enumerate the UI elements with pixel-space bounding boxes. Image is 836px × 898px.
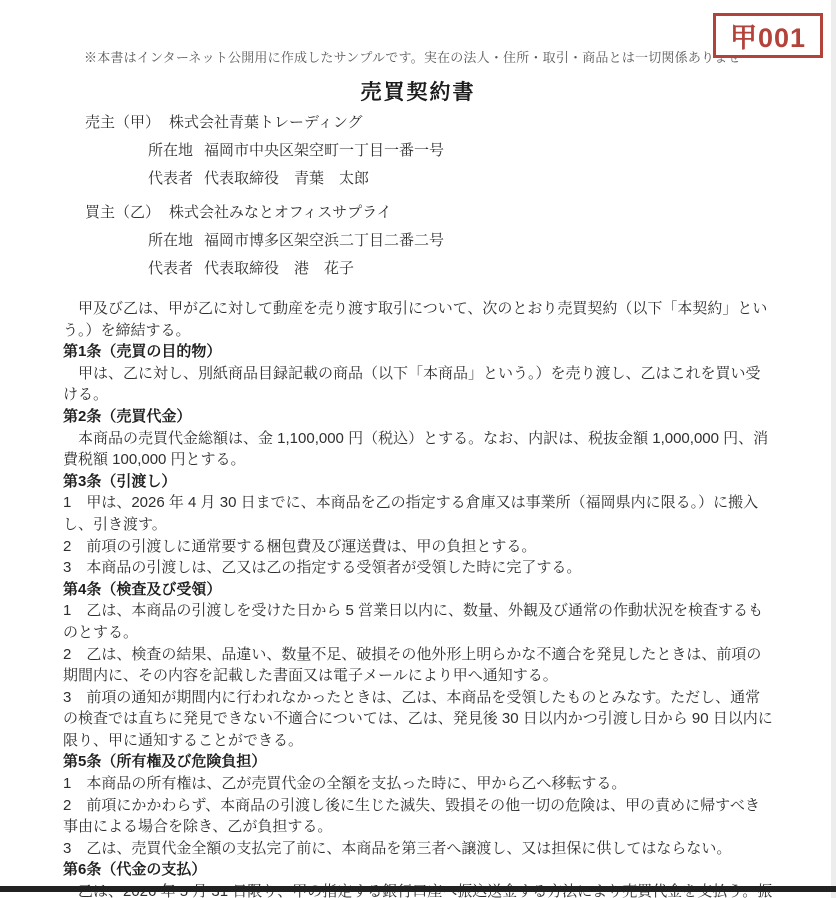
viewport-bottom-edge [0, 886, 836, 892]
contract-line: の検査では直ちに発見できない不適合については、乙は、発見後 30 日以内かつ引渡… [63, 708, 823, 730]
buyer-representative-value: 代表取締役 港 花子 [204, 260, 354, 277]
buyer-address-value: 福岡市博多区架空浜二丁目二番二号 [204, 232, 444, 249]
contract-line: 事由による場合を除き、乙が負担する。 [63, 816, 823, 838]
buyer-address-line: 所在地福岡市博多区架空浜二丁目二番二号 [85, 227, 444, 255]
buyer-company-name: 株式会社みなとオフィスサプライ [169, 204, 392, 221]
seller-role-line: 売主（甲）株式会社青葉トレーディング [85, 109, 444, 137]
seller-representative-line: 代表者代表取締役 青葉 太郎 [85, 165, 444, 193]
contract-line: 限り、甲に通知することができる。 [63, 730, 823, 752]
seller-address-value: 福岡市中央区架空町一丁目一番一号 [204, 142, 444, 159]
seller-company-name: 株式会社青葉トレーディング [169, 114, 363, 131]
exhibit-stamp-label: 甲001 [730, 16, 806, 55]
contract-line: 3 本商品の引渡しは、乙又は乙の指定する受領者が受領した時に完了する。 [63, 557, 823, 579]
article-heading: 第5条（所有権及び危険負担） [63, 751, 823, 773]
contract-line: 2 乙は、検査の結果、品違い、数量不足、破損その他外形上明らかな不適合を発見した… [63, 644, 823, 666]
buyer-representative-label: 代表者 [148, 260, 193, 277]
contract-line: 1 乙は、本商品の引渡しを受けた日から 5 営業日以内に、数量、外観及び通常の作… [63, 600, 823, 622]
page-right-edge [831, 0, 836, 898]
contract-line: 2 前項の引渡しに通常要する梱包費及び運送費は、甲の負担とする。 [63, 536, 823, 558]
article-heading: 第6条（代金の支払） [63, 859, 823, 881]
contract-line: 甲は、乙に対し、別紙商品目録記載の商品（以下「本商品」という。）を売り渡し、乙は… [63, 363, 823, 385]
contract-line: ける。 [63, 384, 823, 406]
seller-address-label: 所在地 [148, 142, 193, 159]
contract-line: 本商品の売買代金総額は、金 1,100,000 円（税込）とする。なお、内訳は、… [63, 428, 823, 450]
buyer-party-block: 買主（乙）株式会社みなとオフィスサプライ 所在地福岡市博多区架空浜二丁目二番二号… [85, 199, 444, 283]
buyer-role-line: 買主（乙）株式会社みなとオフィスサプライ [85, 199, 444, 227]
sample-disclaimer-text: ※本書はインターネット公開用に作成したサンプルです。実在の法人・住所・取引・商品… [84, 47, 741, 66]
contract-line: 甲及び乙は、甲が乙に対して動産を売り渡す取引について、次のとおり売買契約（以下「… [63, 298, 823, 320]
seller-representative-value: 代表取締役 青葉 太郎 [204, 170, 369, 187]
contract-line: 3 前項の通知が期間内に行われなかったときは、乙は、本商品を受領したものとみなす… [63, 687, 823, 709]
contract-body: 甲及び乙は、甲が乙に対して動産を売り渡す取引について、次のとおり売買契約（以下「… [63, 298, 823, 898]
buyer-address-label: 所在地 [148, 232, 193, 249]
buyer-role-label: 買主（乙） [85, 204, 160, 221]
contract-line: し、引き渡す。 [63, 514, 823, 536]
article-heading: 第1条（売買の目的物） [63, 341, 823, 363]
seller-representative-label: 代表者 [148, 170, 193, 187]
contract-line: 期間内に、その内容を記載した書面又は電子メールにより甲へ通知する。 [63, 665, 823, 687]
contract-line: 1 本商品の所有権は、乙が売買代金の全額を支払った時に、甲から乙へ移転する。 [63, 773, 823, 795]
contract-line: 1 甲は、2026 年 4 月 30 日までに、本商品を乙の指定する倉庫又は事業… [63, 492, 823, 514]
exhibit-stamp: 甲001 [713, 13, 823, 58]
article-heading: 第4条（検査及び受領） [63, 579, 823, 601]
contract-line: のとする。 [63, 622, 823, 644]
contract-line: う。）を締結する。 [63, 320, 823, 342]
seller-address-line: 所在地福岡市中央区架空町一丁目一番一号 [85, 137, 444, 165]
contract-line: 3 乙は、売買代金全額の支払完了前に、本商品を第三者へ譲渡し、又は担保に供しては… [63, 838, 823, 860]
page-title: 売買契約書 [0, 76, 836, 106]
contract-document-page: ※本書はインターネット公開用に作成したサンプルです。実在の法人・住所・取引・商品… [0, 0, 836, 898]
seller-party-block: 売主（甲）株式会社青葉トレーディング 所在地福岡市中央区架空町一丁目一番一号 代… [85, 109, 444, 193]
article-heading: 第3条（引渡し） [63, 471, 823, 493]
seller-role-label: 売主（甲） [85, 114, 160, 131]
contract-line: 2 前項にかかわらず、本商品の引渡し後に生じた滅失、毀損その他一切の危険は、甲の… [63, 795, 823, 817]
contract-line: 費税額 100,000 円とする。 [63, 449, 823, 471]
article-heading: 第2条（売買代金） [63, 406, 823, 428]
buyer-representative-line: 代表者代表取締役 港 花子 [85, 255, 444, 283]
